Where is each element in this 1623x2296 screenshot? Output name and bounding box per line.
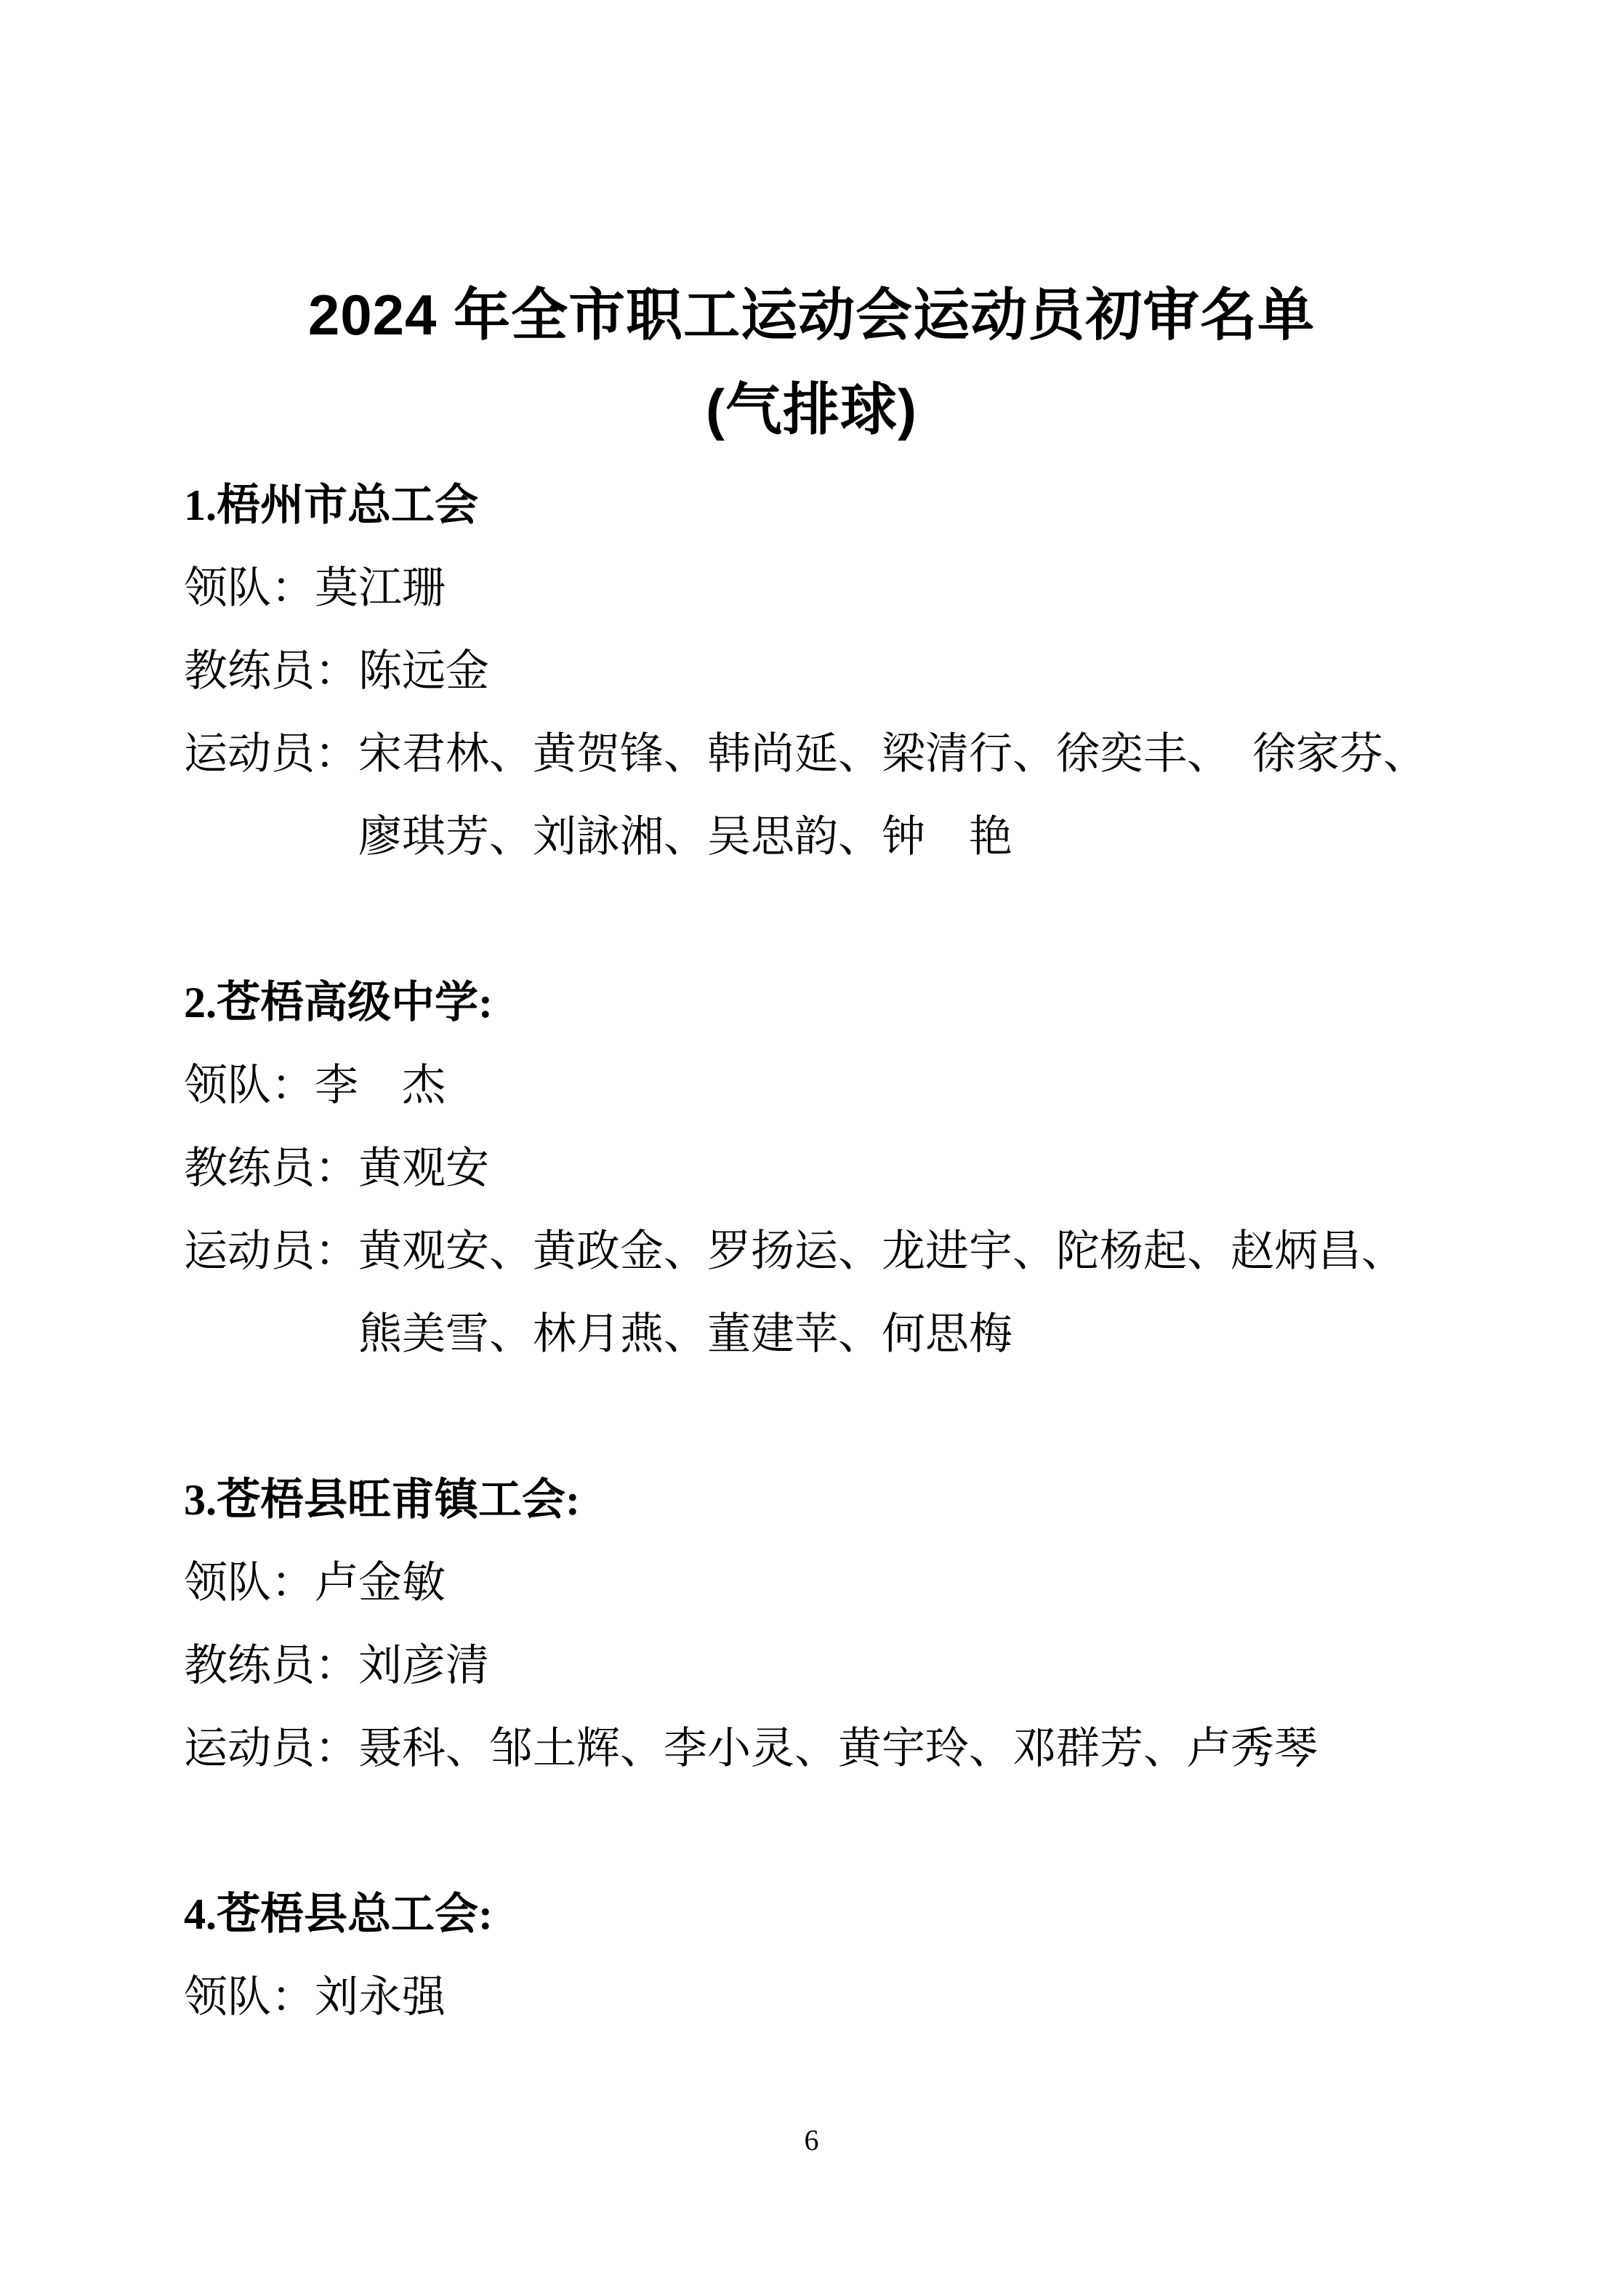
coach-label: 教练员： xyxy=(184,1144,358,1192)
title-line-1: 2024 年全市职工运动会运动员初审名单 xyxy=(0,268,1623,362)
athletes-row: 运动员：宋君林、黄贺锋、韩尚延、梁清行、徐奕丰、 徐家芬、 xyxy=(184,713,1456,795)
coach-row: 教练员：黄观安 xyxy=(184,1127,1456,1210)
leader-label: 领队： xyxy=(184,1559,315,1607)
athletes-label: 运动员： xyxy=(184,1227,358,1275)
leader-label: 领队： xyxy=(184,1973,315,2021)
section-heading: 4.苍梧县总工会: xyxy=(184,1873,1456,1956)
coach-row: 教练员：陈远金 xyxy=(184,630,1456,713)
team-section-3: 3.苍梧县旺甫镇工会: 领队：卢金敏 教练员：刘彦清 运动员：聂科、邹土辉、李小… xyxy=(184,1458,1456,1790)
leader-label: 领队： xyxy=(184,1061,315,1109)
athletes-label: 运动员： xyxy=(184,1725,358,1773)
team-section-4: 4.苍梧县总工会: 领队：刘永强 xyxy=(184,1873,1456,2039)
athletes-row: 运动员：黄观安、黄政金、罗扬运、龙进宇、陀杨起、赵炳昌、 xyxy=(184,1210,1456,1293)
leader-label: 领队： xyxy=(184,564,315,612)
athletes-line-1: 聂科、邹土辉、李小灵、黄宇玲、邓群芳、卢秀琴 xyxy=(358,1725,1318,1773)
leader-row: 领队：卢金敏 xyxy=(184,1541,1456,1624)
coach-name: 刘彦清 xyxy=(358,1642,489,1690)
team-section-1: 1.梧州市总工会 领队：莫江珊 教练员：陈远金 运动员：宋君林、黄贺锋、韩尚延、… xyxy=(184,464,1456,878)
athletes-label: 运动员： xyxy=(184,730,358,778)
athletes-line-2: 熊美雪、林月燕、董建苹、何思梅 xyxy=(184,1293,1456,1376)
leader-row: 领队：李 杰 xyxy=(184,1044,1456,1127)
leader-name: 刘永强 xyxy=(315,1973,446,2021)
athletes-line-2: 廖琪芳、刘詠湘、吴思韵、钟 艳 xyxy=(184,795,1456,878)
athletes-row: 运动员：聂科、邹土辉、李小灵、黄宇玲、邓群芳、卢秀琴 xyxy=(184,1707,1456,1790)
leader-row: 领队：莫江珊 xyxy=(184,547,1456,630)
coach-name: 黄观安 xyxy=(358,1144,489,1192)
document-body: 1.梧州市总工会 领队：莫江珊 教练员：陈远金 运动员：宋君林、黄贺锋、韩尚延、… xyxy=(0,464,1623,2039)
section-heading: 3.苍梧县旺甫镇工会: xyxy=(184,1458,1456,1541)
leader-name: 莫江珊 xyxy=(315,564,446,612)
document-page: 2024 年全市职工运动会运动员初审名单 (气排球) 1.梧州市总工会 领队：莫… xyxy=(0,0,1623,2296)
document-title: 2024 年全市职工运动会运动员初审名单 (气排球) xyxy=(0,268,1623,457)
athletes-line-1: 黄观安、黄政金、罗扬运、龙进宇、陀杨起、赵炳昌、 xyxy=(358,1227,1405,1275)
leader-name: 卢金敏 xyxy=(315,1559,446,1607)
section-heading: 1.梧州市总工会 xyxy=(184,464,1456,547)
leader-row: 领队：刘永强 xyxy=(184,1956,1456,2039)
leader-name: 李 杰 xyxy=(315,1061,446,1109)
title-line-2: (气排球) xyxy=(0,362,1623,457)
page-number: 6 xyxy=(0,2124,1623,2156)
coach-label: 教练员： xyxy=(184,647,358,695)
coach-name: 陈远金 xyxy=(358,647,489,695)
coach-label: 教练员： xyxy=(184,1642,358,1690)
team-section-2: 2.苍梧高级中学: 领队：李 杰 教练员：黄观安 运动员：黄观安、黄政金、罗扬运… xyxy=(184,961,1456,1376)
athletes-line-1: 宋君林、黄贺锋、韩尚延、梁清行、徐奕丰、 徐家芬、 xyxy=(358,730,1427,778)
coach-row: 教练员：刘彦清 xyxy=(184,1624,1456,1707)
section-heading: 2.苍梧高级中学: xyxy=(184,961,1456,1044)
